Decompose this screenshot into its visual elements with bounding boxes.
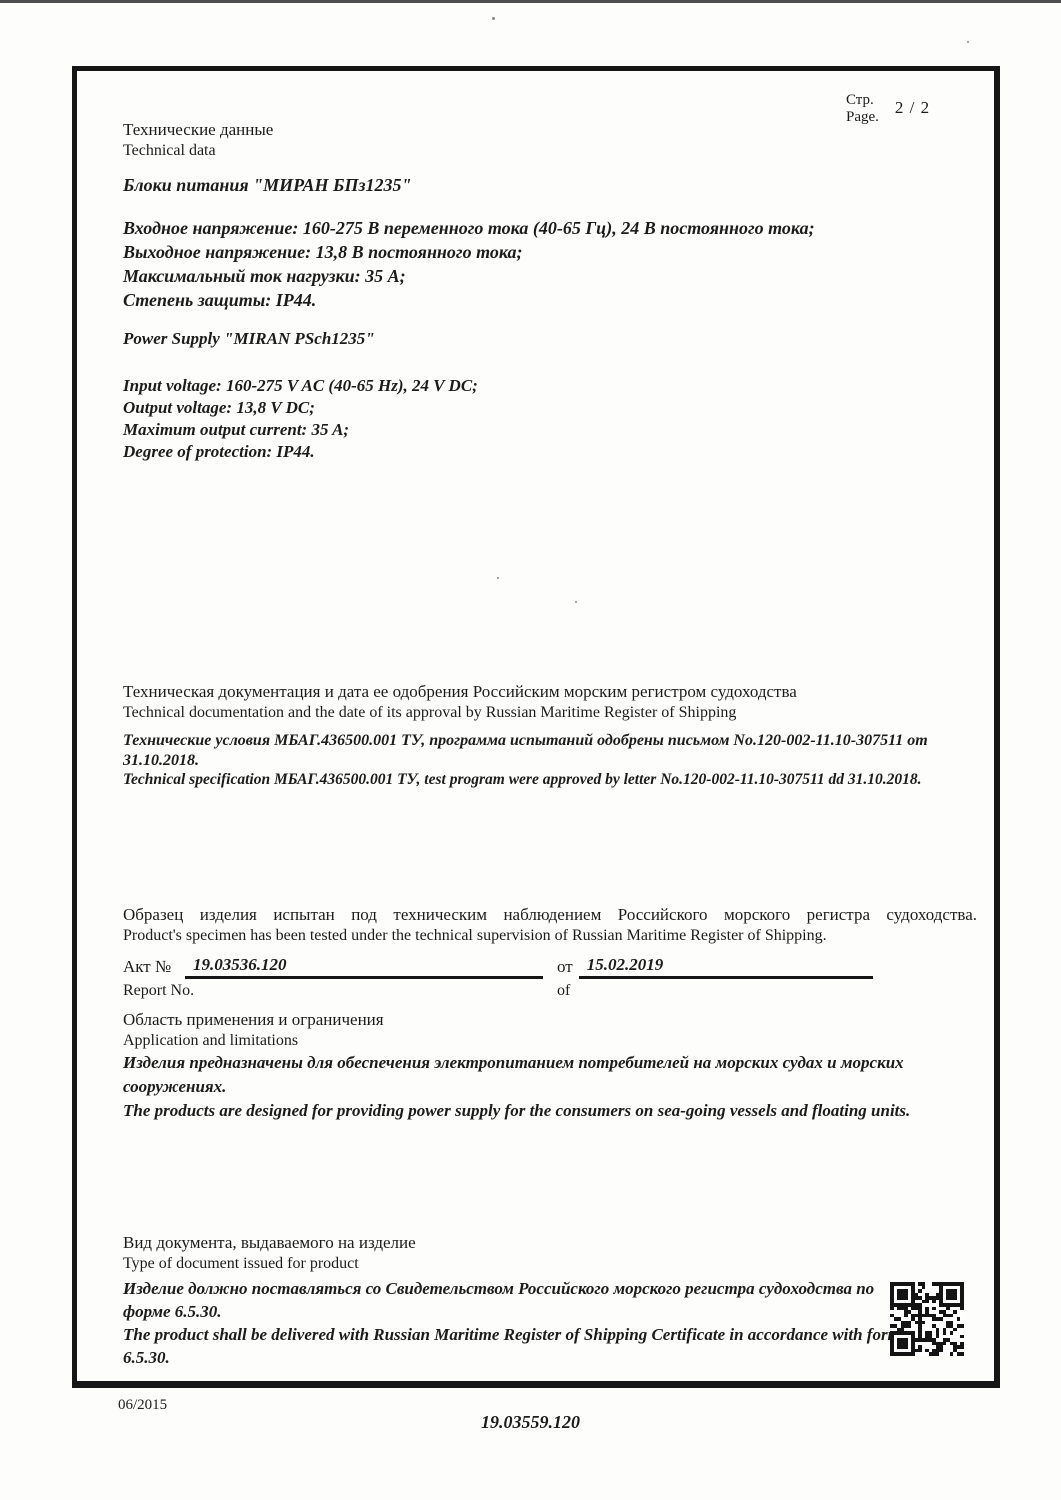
page-label-ru: Стр. (846, 92, 879, 109)
product-name-ru: Блоки питания "МИРАН БПз1235" (123, 175, 411, 196)
report-number-value: 19.03536.120 (193, 955, 287, 975)
document-type-heading-en: Type of document issued for product (123, 1254, 416, 1274)
specs-list-en: Input voltage: 160-275 V AC (40-65 Hz), … (123, 375, 478, 463)
spec-output-voltage-en: Output voltage: 13,8 V DC; (123, 397, 478, 419)
product-name-en: Power Supply "MIRAN PSch1235" (123, 329, 375, 349)
report-date-value: 15.02.2019 (587, 955, 664, 975)
report-label-ru: Акт № (123, 957, 185, 979)
report-row-en: Report No. of (123, 982, 983, 1002)
specs-list-ru: Входное напряжение: 160-275 В переменног… (123, 216, 815, 312)
technical-data-heading: Технические данные Technical data (123, 119, 273, 161)
page-label-en: Page. (846, 109, 879, 126)
application-body-en: The products are designed for providing … (123, 1099, 935, 1123)
technical-data-heading-ru: Технические данные (123, 119, 273, 140)
application-body: Изделия предназначены для обеспечения эл… (123, 1051, 935, 1123)
testing-statement-ru: Образец изделия испытан под техническим … (123, 904, 977, 925)
document-type-heading: Вид документа, выдаваемого на изделие Ty… (123, 1232, 416, 1274)
documentation-body-en: Technical specification МБАГ.436500.001 … (123, 770, 985, 790)
report-block: Акт № 19.03536.120 от 15.02.2019 Report … (123, 955, 983, 1002)
documentation-heading-ru: Техническая документация и дата ее одобр… (123, 681, 797, 702)
date-label-en: of (557, 982, 570, 1000)
page-indicator: Стр. Page. 2 / 2 (846, 92, 930, 126)
document-type-body-ru: Изделие должно поставляться со Свидетель… (123, 1277, 915, 1323)
page-indicator-labels: Стр. Page. (846, 92, 879, 126)
report-row: Акт № 19.03536.120 от 15.02.2019 (123, 955, 983, 979)
report-label-en: Report No. (123, 982, 194, 999)
document-type-heading-ru: Вид документа, выдаваемого на изделие (123, 1232, 416, 1253)
page-number: 2 / 2 (895, 98, 930, 118)
technical-data-heading-en: Technical data (123, 141, 273, 161)
testing-statement-en: Product's specimen has been tested under… (123, 926, 977, 946)
spec-protection-ru: Степень защиты: IP44. (123, 288, 815, 312)
report-number-field: 19.03536.120 (185, 955, 543, 979)
application-heading-ru: Область применения и ограничения (123, 1009, 384, 1030)
qr-code-icon (890, 1282, 964, 1356)
scan-speck (492, 17, 495, 20)
application-body-ru: Изделия предназначены для обеспечения эл… (123, 1051, 935, 1099)
document-type-body-en: The product shall be delivered with Russ… (123, 1323, 915, 1369)
spec-input-voltage-en: Input voltage: 160-275 V AC (40-65 Hz), … (123, 375, 478, 397)
documentation-heading: Техническая документация и дата ее одобр… (123, 681, 797, 723)
date-label-ru: от (557, 957, 573, 979)
spec-max-current-en: Maximum output current: 35 A; (123, 419, 478, 441)
spec-protection-en: Degree of protection: IP44. (123, 441, 478, 463)
spec-output-voltage-ru: Выходное напряжение: 13,8 В постоянного … (123, 240, 815, 264)
document-number: 19.03559.120 (0, 1412, 1061, 1433)
spec-max-current-ru: Максимальный ток нагрузки: 35 А; (123, 264, 815, 288)
application-heading-en: Application and limitations (123, 1031, 384, 1051)
report-date-field: 15.02.2019 (579, 955, 873, 979)
spec-input-voltage-ru: Входное напряжение: 160-275 В переменног… (123, 216, 815, 240)
qr-module (960, 1352, 964, 1356)
documentation-body-ru: Технические условия МБАГ.436500.001 ТУ, … (123, 731, 985, 771)
scan-edge-artifact (0, 0, 1061, 3)
scanned-certificate-page: { "colors": { "ink": "#1c1c1c", "frame":… (0, 0, 1061, 1500)
documentation-heading-en: Technical documentation and the date of … (123, 703, 797, 723)
scan-speck (967, 41, 969, 43)
document-type-body: Изделие должно поставляться со Свидетель… (123, 1277, 915, 1369)
application-heading: Область применения и ограничения Applica… (123, 1009, 384, 1051)
